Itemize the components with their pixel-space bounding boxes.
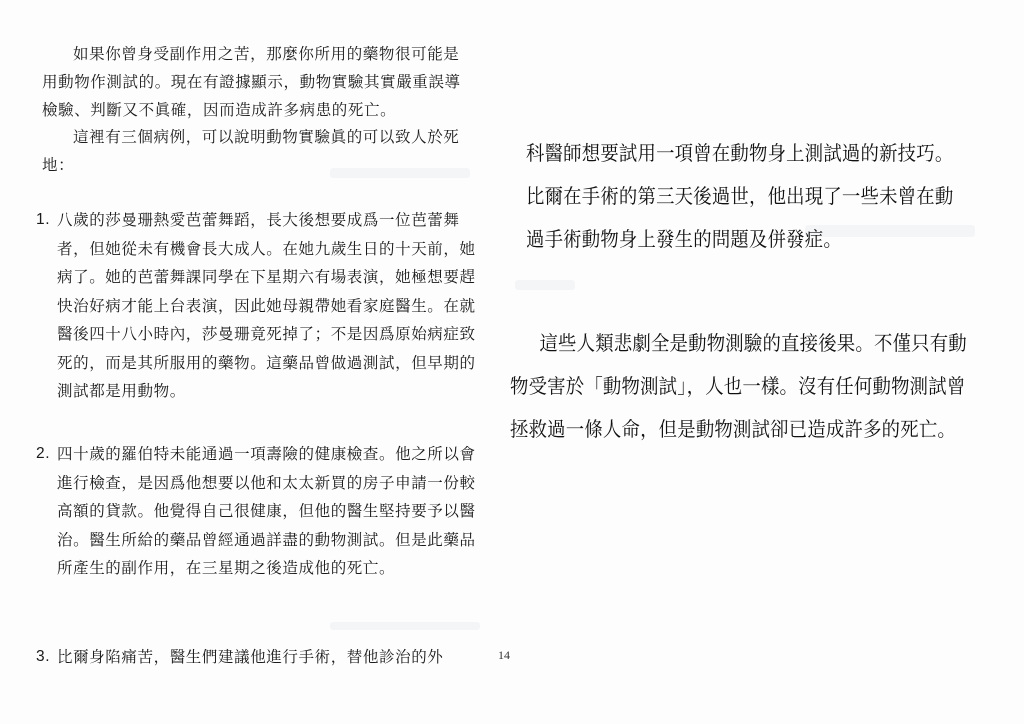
left-page: 如果你曾身受副作用之苦，那麼你所用的藥物很可能是用動物作測試的。現在有證據顯示，…: [0, 0, 495, 724]
case-text: 八歲的莎曼珊熱愛芭蕾舞蹈，長大後想要成爲一位芭蕾舞者，但她從未有機會長大成人。在…: [57, 206, 476, 406]
case-text: 四十歲的羅伯特未能通過一項壽險的健康檢查。他之所以會進行檢查，是因爲他想要以他和…: [57, 440, 476, 583]
case-number: 2.: [36, 440, 57, 583]
continued-paragraph: 科醫師想要試用一項曾在動物身上測試過的新技巧。比爾在手術的第三天後過世，他出現了…: [526, 132, 968, 261]
intro-paragraph: 這裡有三個病例，可以說明動物實驗眞的可以致人於死地：: [42, 123, 472, 179]
intro-paragraph: 如果你曾身受副作用之苦，那麼你所用的藥物很可能是用動物作測試的。現在有證據顯示，…: [42, 40, 472, 124]
right-page: 科醫師想要試用一項曾在動物身上測試過的新技巧。比爾在手術的第三天後過世，他出現了…: [495, 0, 1024, 724]
scan-smudge: [330, 622, 480, 630]
case-item: 2. 四十歲的羅伯特未能通過一項壽險的健康檢查。他之所以會進行檢查，是因爲他想要…: [36, 440, 476, 583]
case-number: 3.: [36, 643, 57, 672]
case-item: 1. 八歲的莎曼珊熱愛芭蕾舞蹈，長大後想要成爲一位芭蕾舞者，但她從未有機會長大成…: [36, 206, 476, 406]
case-text: 比爾身陷痛苦，醫生們建議他進行手術，替他診治的外: [57, 643, 476, 672]
scan-smudge: [515, 280, 575, 290]
case-item: 3. 比爾身陷痛苦，醫生們建議他進行手術，替他診治的外: [36, 643, 476, 672]
case-number: 1.: [36, 206, 57, 406]
conclusion-paragraph: 這些人類悲劇全是動物測驗的直接後果。不僅只有動物受害於「動物測試」，人也一樣。沒…: [510, 322, 970, 451]
scanned-book-spread: 如果你曾身受副作用之苦，那麼你所用的藥物很可能是用動物作測試的。現在有證據顯示，…: [0, 0, 1024, 724]
